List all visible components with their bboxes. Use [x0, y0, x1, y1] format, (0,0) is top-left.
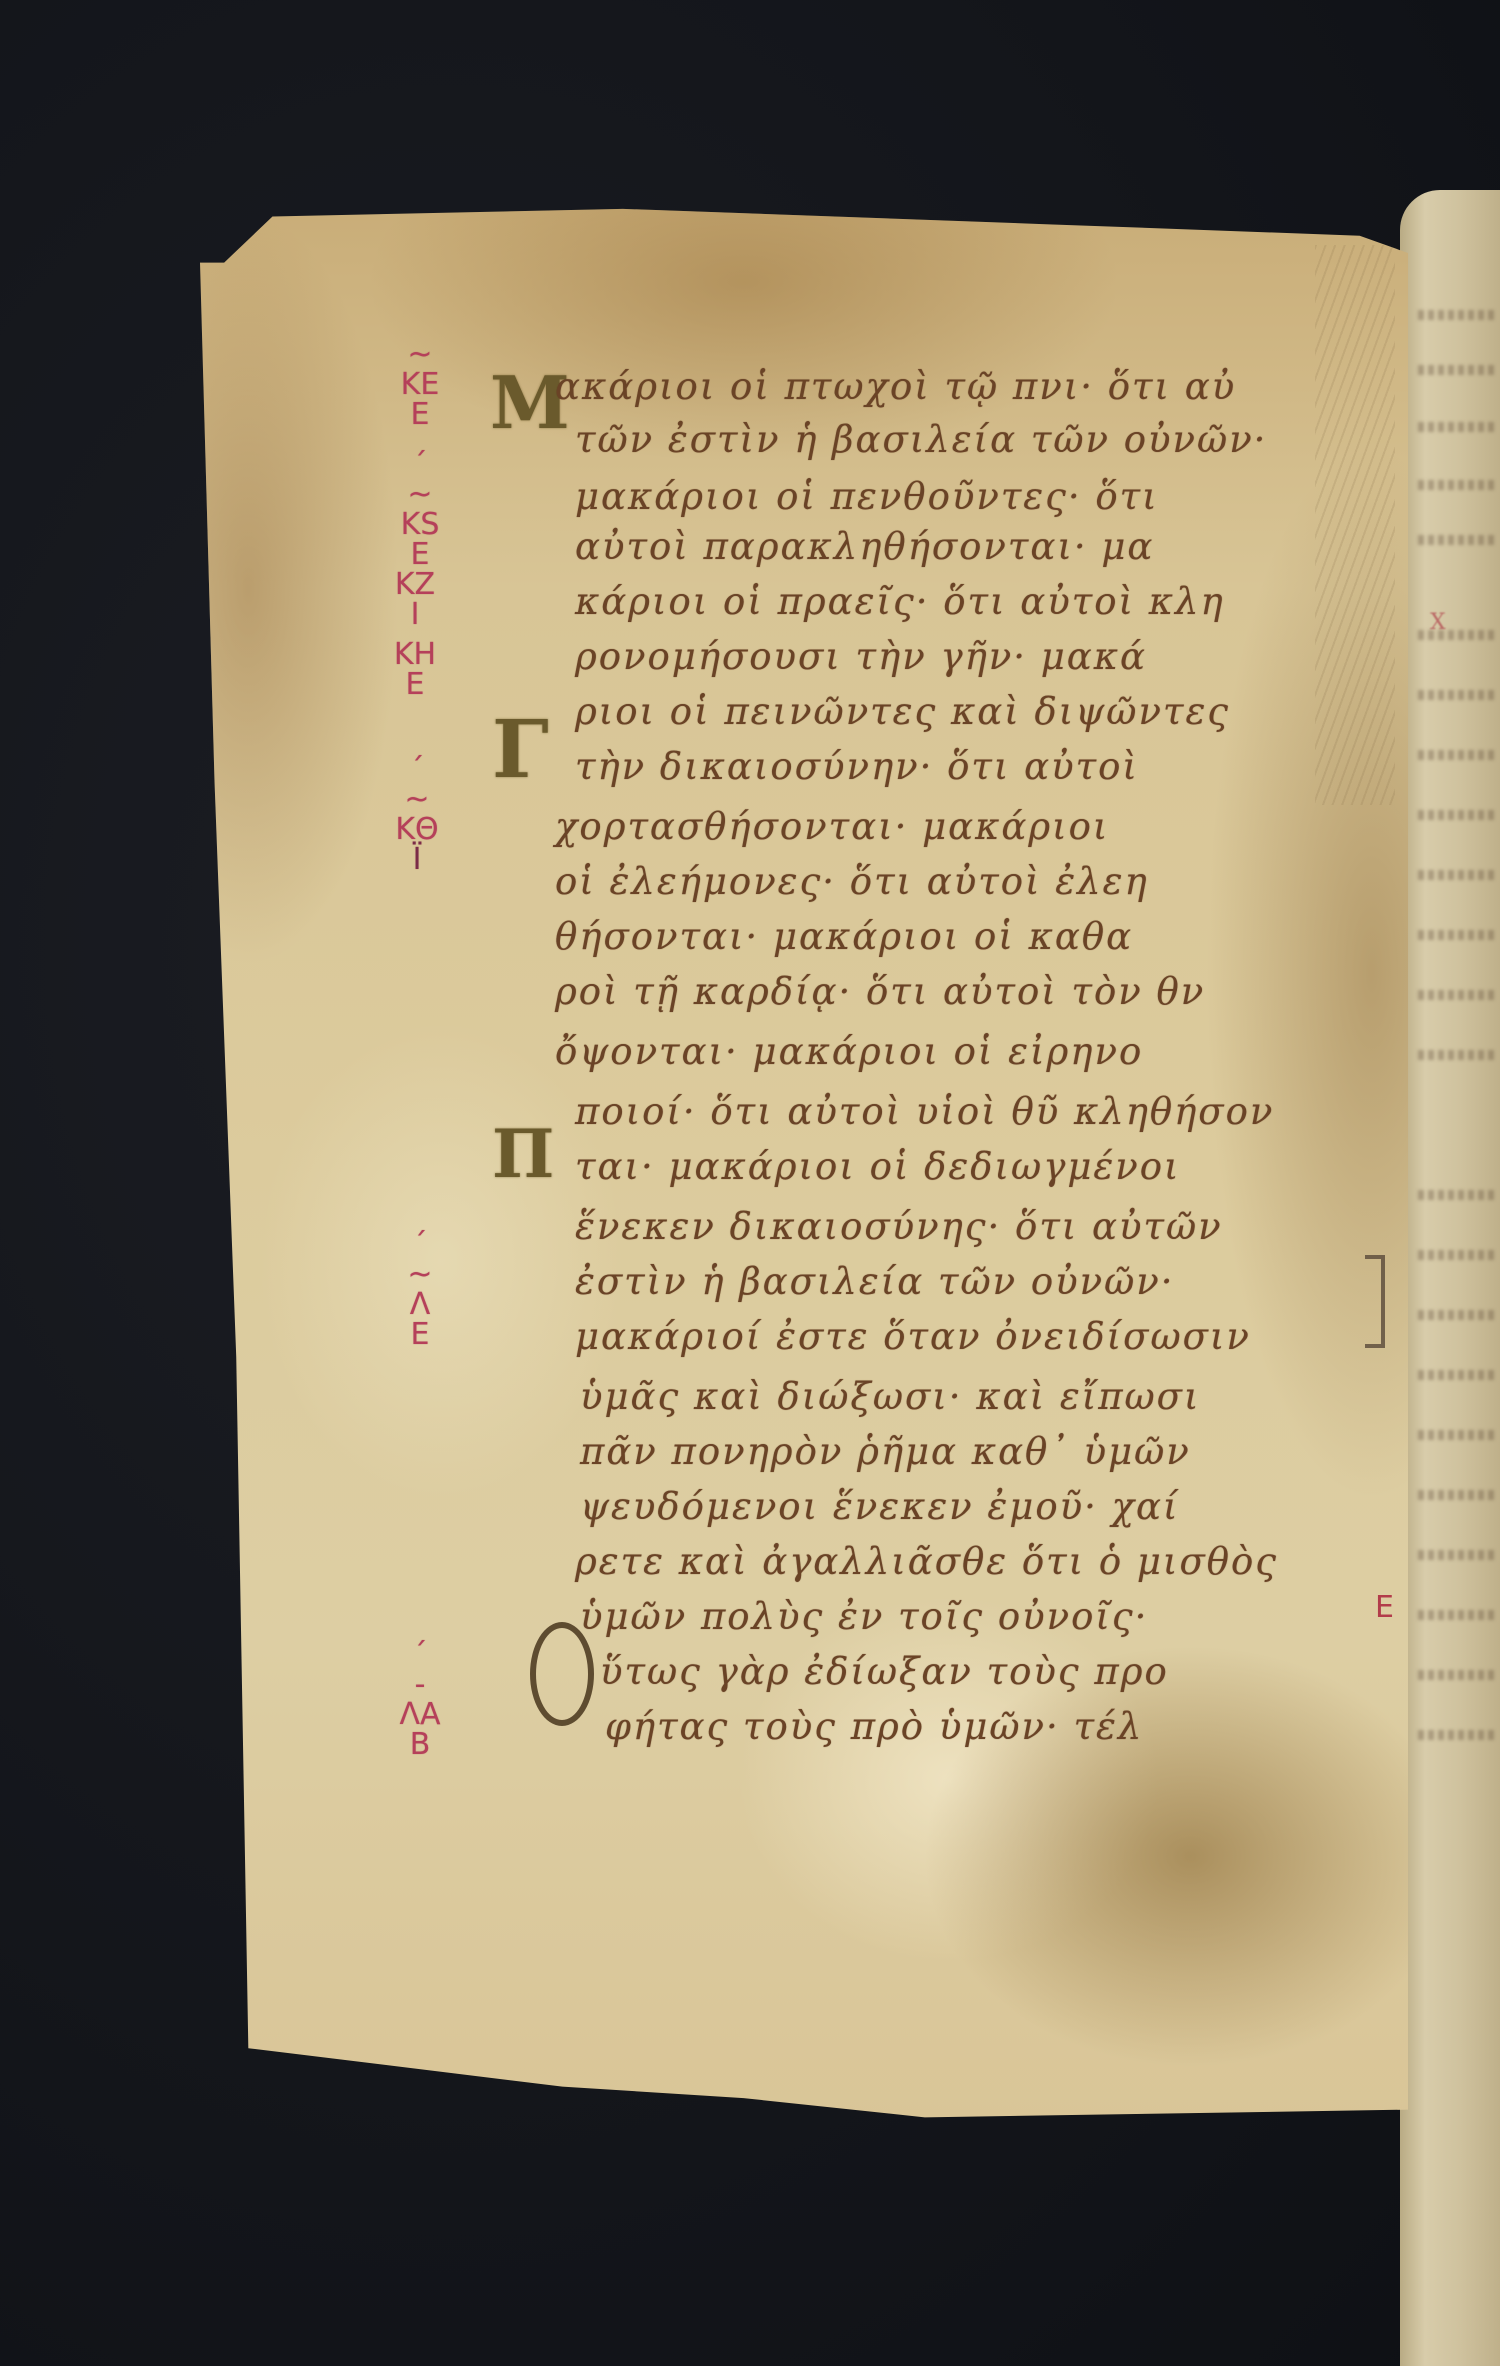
text-line: ρετε καὶ ἀγαλλιᾶσθε ὅτι ὁ μισθὸς	[575, 1540, 1278, 1583]
faded-text-line	[1418, 810, 1496, 820]
text-line: οἱ ἐλεήμονες· ὅτι αὐτοὶ ἐλεη	[555, 860, 1149, 903]
faded-text-line	[1418, 1050, 1496, 1060]
faded-text-line	[1418, 1370, 1496, 1380]
margin-numeral: ΚΖΙ	[380, 570, 450, 630]
text-line: ἐστὶν ἡ βασιλεία τῶν οὐνῶν·	[575, 1260, 1175, 1303]
faded-text-line	[1418, 1670, 1496, 1680]
margin-numeral: ´~ΛΕ	[385, 1230, 455, 1350]
text-line: ρονομήσουσι τὴν γῆν· μακά	[575, 635, 1147, 678]
faded-text-line	[1418, 535, 1496, 545]
faded-text-line	[1418, 1730, 1496, 1740]
margin-numeral: ´~ΚSΕ	[385, 450, 455, 570]
text-line: ται· μακάριοι οἱ δεδιωγμένοι	[575, 1145, 1181, 1188]
faded-text-line	[1418, 1310, 1496, 1320]
faded-text-line	[1418, 1430, 1496, 1440]
faded-text-line	[1418, 310, 1496, 320]
adjacent-rubric: Χ	[1430, 610, 1446, 635]
faded-text-line	[1418, 1190, 1496, 1200]
text-line: ὑμῶν πολὺς ἐν τοῖς οὐνοῖς·	[580, 1595, 1148, 1638]
margin-numeral: ~ΚΕΕ	[385, 340, 455, 430]
text-line: ροὶ τῇ καρδίᾳ· ὅτι αὐτοὶ τὸν θν	[555, 970, 1205, 1013]
faded-text-line	[1418, 1610, 1496, 1620]
faded-text-line	[1418, 1490, 1496, 1500]
text-line: ὑμᾶς καὶ διώξωσι· καὶ εἴπωσι	[580, 1375, 1200, 1418]
text-line: ριοι οἱ πεινῶντες καὶ διψῶντες	[575, 690, 1230, 733]
faded-text-line	[1418, 365, 1496, 375]
parchment-crease	[1315, 245, 1395, 805]
text-line: ὕτως γὰρ ἐδίωξαν τοὺς προ	[600, 1650, 1169, 1693]
margin-numeral: ´-ΛΑΒ	[385, 1640, 455, 1760]
faded-text-line	[1418, 422, 1496, 432]
text-line: χορτασθήσονται· μακάριοι	[555, 805, 1109, 848]
faded-text-line	[1418, 750, 1496, 760]
text-line: φήτας τοὺς πρὸ ὑμῶν· τέλ	[605, 1705, 1143, 1748]
text-line: κάριοι οἱ πραεῖς· ὅτι αὐτοὶ κλη	[575, 580, 1225, 623]
text-line: ακάριοι οἱ πτωχοὶ τῷ πνι· ὅτι αὐ	[555, 365, 1236, 408]
faded-text-line	[1418, 990, 1496, 1000]
adjacent-leaf: Χ	[1400, 190, 1500, 2366]
faded-text-line	[1418, 930, 1496, 940]
text-line: ποιοί· ὅτι αὐτοὶ υἱοὶ θῦ κληθήσον	[575, 1090, 1274, 1133]
initial-letter-p: Π	[492, 1115, 554, 1193]
faded-text-line	[1418, 690, 1496, 700]
text-line: αὐτοὶ παρακληθήσονται· μα	[575, 525, 1154, 568]
manuscript-photo: Χ Μ Γ Π ακάριοι οἱ πτωχοὶ τῷ πνι· ὅτι αὐ…	[0, 0, 1500, 2366]
faded-text-line	[1418, 480, 1496, 490]
margin-numeral: ´~ΚΘΪ	[382, 755, 452, 875]
line-end-rubric: Ε	[1375, 1590, 1394, 1625]
margin-numeral: ΚΗΕ	[380, 640, 450, 700]
faded-text-line	[1418, 1250, 1496, 1260]
faded-text-line	[1418, 870, 1496, 880]
text-line: τὴν δικαιοσύνην· ὅτι αὐτοὶ	[575, 745, 1139, 788]
text-line: θήσονται· μακάριοι οἱ καθα	[555, 915, 1133, 958]
marginal-bracket	[1365, 1255, 1385, 1348]
text-line: τῶν ἐστὶν ἡ βασιλεία τῶν οὐνῶν·	[575, 418, 1267, 461]
text-line: πᾶν πονηρὸν ῥῆμα καθ᾽ ὑμῶν	[580, 1430, 1191, 1473]
text-line: ἕνεκεν δικαιοσύνης· ὅτι αὐτῶν	[575, 1205, 1223, 1248]
text-line: μακάριοι οἱ πενθοῦντες· ὅτι	[575, 475, 1159, 518]
text-line: ὄψονται· μακάριοι οἱ εἰρηνο	[555, 1030, 1143, 1073]
faded-text-line	[1418, 1550, 1496, 1560]
text-line: μακάριοί ἐστε ὅταν ὀνειδίσωσιν	[575, 1315, 1251, 1358]
initial-letter-r: Γ	[492, 702, 549, 796]
text-line: ψευδόμενοι ἕνεκεν ἐμοῦ· χαί	[580, 1485, 1180, 1528]
